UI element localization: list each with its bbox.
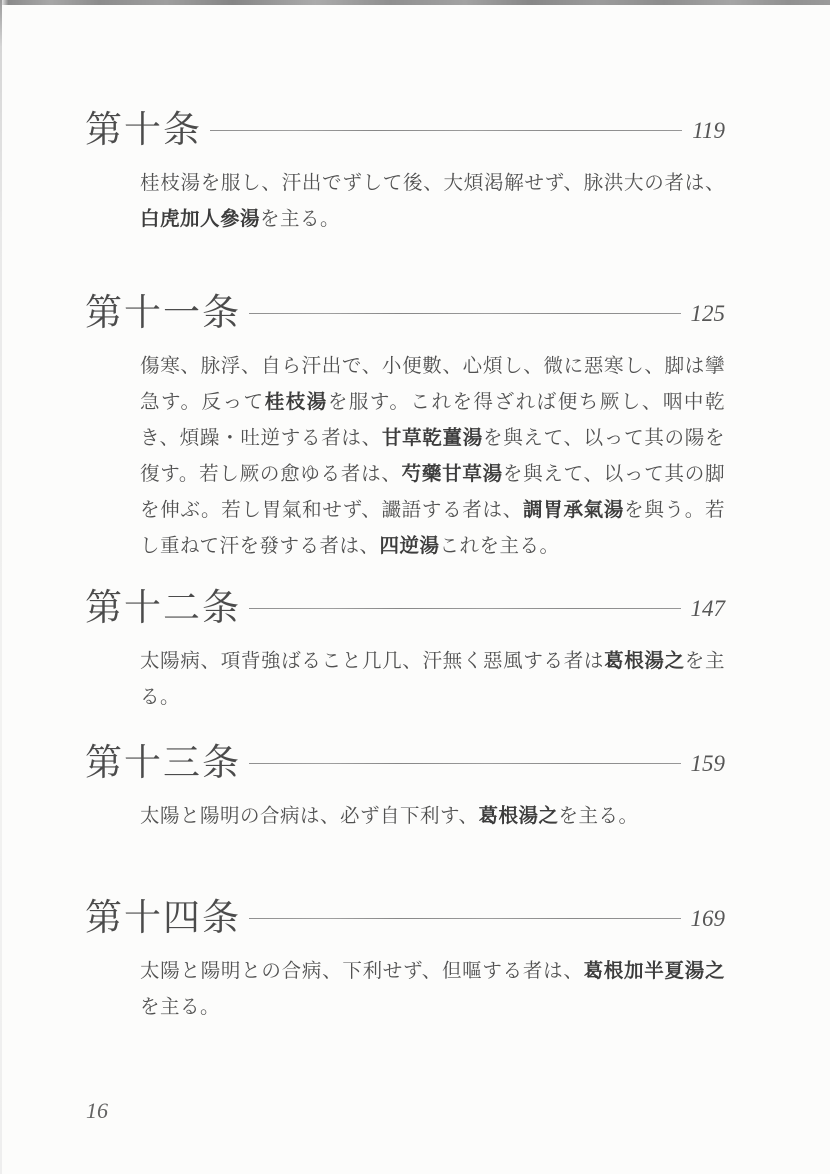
book-page: 第十条 119 桂枝湯を服し、汗出でずして後、大煩渇解せず、脉洪大の者は、白虎加… (0, 0, 830, 1174)
section-header: 第十一条 125 (85, 291, 725, 335)
section-body: 太陽と陽明の合病は、必ず自下利す、葛根湯之を主る。 (85, 799, 725, 835)
toc-page-number: 119 (692, 119, 725, 142)
toc-section-13: 第十三条 159 太陽と陽明の合病は、必ず自下利す、葛根湯之を主る。 (85, 741, 725, 835)
leader-rule (249, 918, 681, 919)
leader-rule (249, 763, 681, 764)
section-title: 第十四条 (85, 900, 241, 937)
toc-section-11: 第十一条 125 傷寒、脉浮、自ら汗出で、小便數、心煩し、微に惡寒し、脚は攣急す… (85, 291, 725, 565)
section-title: 第十三条 (85, 745, 241, 782)
section-title: 第十条 (85, 112, 202, 149)
toc-page-number: 169 (691, 907, 726, 930)
section-header: 第十三条 159 (85, 741, 725, 785)
scan-edge-left (0, 0, 2, 1174)
section-body: 傷寒、脉浮、自ら汗出で、小便數、心煩し、微に惡寒し、脚は攣急す。反って桂枝湯を服… (85, 349, 725, 565)
section-body: 太陽病、項背強ばること几几、汗無く惡風する者は葛根湯之を主る。 (85, 644, 725, 716)
leader-rule (249, 313, 681, 314)
toc-section-12: 第十二条 147 太陽病、項背強ばること几几、汗無く惡風する者は葛根湯之を主る。 (85, 586, 725, 716)
leader-rule (210, 130, 682, 131)
section-header: 第十二条 147 (85, 586, 725, 630)
section-header: 第十四条 169 (85, 896, 725, 940)
section-title: 第十一条 (85, 295, 241, 332)
toc-page-number: 125 (691, 302, 726, 325)
toc-section-10: 第十条 119 桂枝湯を服し、汗出でずして後、大煩渇解せず、脉洪大の者は、白虎加… (85, 108, 725, 238)
section-header: 第十条 119 (85, 108, 725, 152)
section-title: 第十二条 (85, 590, 241, 627)
scan-edge-top (0, 0, 830, 5)
footer-page-number: 16 (86, 1098, 108, 1124)
toc-page-number: 159 (691, 752, 726, 775)
toc-section-14: 第十四条 169 太陽と陽明との合病、下利せず、但嘔する者は、葛根加半夏湯之を主… (85, 896, 725, 1026)
section-body: 桂枝湯を服し、汗出でずして後、大煩渇解せず、脉洪大の者は、白虎加人參湯を主る。 (85, 166, 725, 238)
section-body: 太陽と陽明との合病、下利せず、但嘔する者は、葛根加半夏湯之を主る。 (85, 954, 725, 1026)
toc-page-number: 147 (691, 597, 726, 620)
leader-rule (249, 608, 681, 609)
